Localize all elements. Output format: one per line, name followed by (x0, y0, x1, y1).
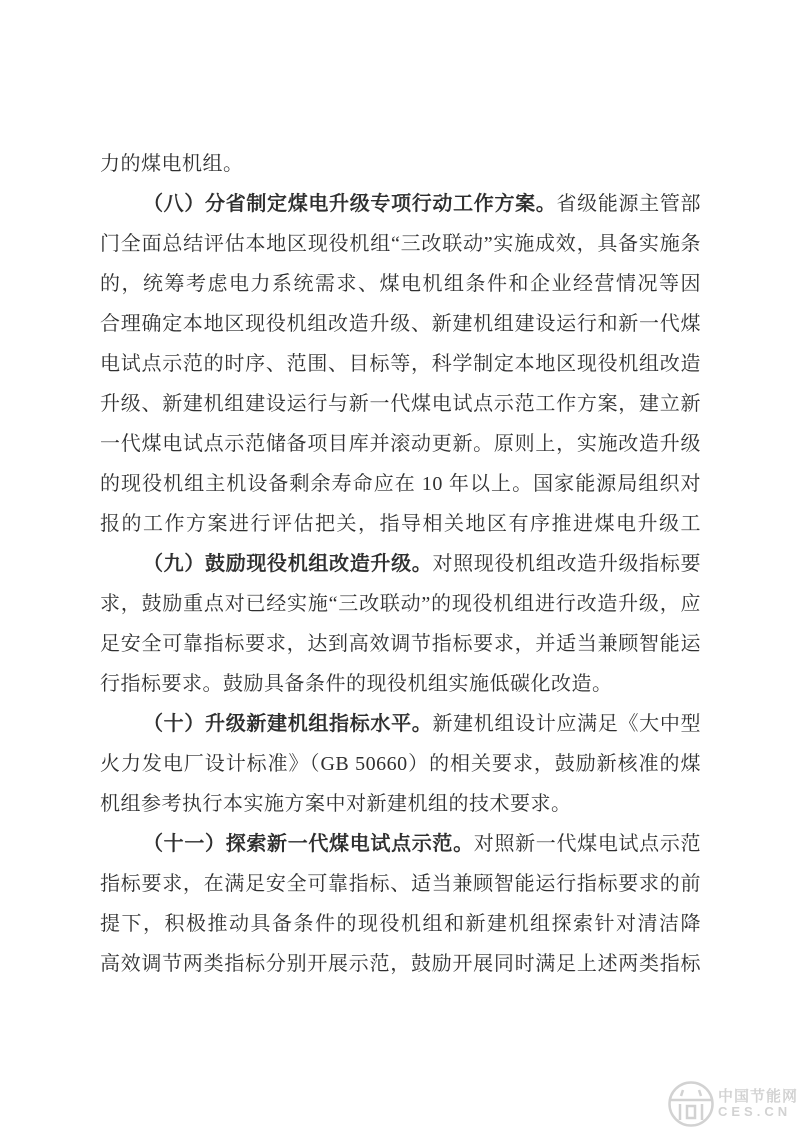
text-line: （八）分省制定煤电升级专项行动工作方案。省级能源主管部 (100, 184, 701, 224)
text-line: （十）升级新建机组指标水平。新建机组设计应满足《大中型 (100, 704, 701, 744)
document-body: 力的煤电机组。（八）分省制定煤电升级专项行动工作方案。省级能源主管部门全面总结评… (100, 144, 701, 984)
text-line: 行指标要求。鼓励具备条件的现役机组实施低碳化改造。 (100, 664, 701, 704)
text-line: 高效调节两类指标分别开展示范，鼓励开展同时满足上述两类指标 (100, 944, 701, 984)
text-line: 指标要求，在满足安全可靠指标、适当兼顾智能运行指标要求的前 (100, 864, 701, 904)
watermark-site-domain: CES.CN (718, 1105, 798, 1119)
paragraph-heading: （九）鼓励现役机组改造升级。 (143, 553, 432, 575)
paragraph-heading: （十一）探索新一代煤电试点示范。 (143, 833, 474, 855)
text-line: 力的煤电机组。 (100, 144, 701, 184)
text-line: 升级、新建机组建设运行与新一代煤电试点示范工作方案，建立新 (100, 384, 701, 424)
text-line: 电试点示范的时序、范围、目标等，科学制定本地区现役机组改造 (100, 344, 701, 384)
text-line: 一代煤电试点示范储备项目库并滚动更新。原则上，实施改造升级 (100, 424, 701, 464)
text-line: 求，鼓励重点对已经实施“三改联动”的现役机组进行改造升级，应满 (100, 584, 701, 624)
text-line: 机组参考执行本实施方案中对新建机组的技术要求。 (100, 784, 701, 824)
watermark: 中国节能网 CES.CN (666, 1079, 798, 1129)
text-line: 报的工作方案进行评估把关，指导相关地区有序推进煤电升级工作。 (100, 504, 701, 544)
cesn-logo-icon (666, 1079, 716, 1129)
watermark-text: 中国节能网 CES.CN (718, 1089, 798, 1120)
paragraph-heading: （八）分省制定煤电升级专项行动工作方案。 (143, 193, 556, 215)
text-line: 合理确定本地区现役机组改造升级、新建机组建设运行和新一代煤 (100, 304, 701, 344)
text-line: （十一）探索新一代煤电试点示范。对照新一代煤电试点示范 (100, 824, 701, 864)
text-line: 门全面总结评估本地区现役机组“三改联动”实施成效，具备实施条件 (100, 224, 701, 264)
watermark-site-name: 中国节能网 (718, 1089, 798, 1106)
text-line: 的现役机组主机设备剩余寿命应在 10 年以上。国家能源局组织对上 (100, 464, 701, 504)
text-line: （九）鼓励现役机组改造升级。对照现役机组改造升级指标要 (100, 544, 701, 584)
text-line: 火力发电厂设计标准》（GB 50660）的相关要求，鼓励新核准的煤电 (100, 744, 701, 784)
document-page: 力的煤电机组。（八）分省制定煤电升级专项行动工作方案。省级能源主管部门全面总结评… (0, 0, 800, 1131)
text-line: 足安全可靠指标要求，达到高效调节指标要求，并适当兼顾智能运 (100, 624, 701, 664)
text-line: 的，统筹考虑电力系统需求、煤电机组条件和企业经营情况等因素， (100, 264, 701, 304)
text-line: 提下，积极推动具备条件的现役机组和新建机组探索针对清洁降碳、 (100, 904, 701, 944)
paragraph-heading: （十）升级新建机组指标水平。 (143, 713, 432, 735)
